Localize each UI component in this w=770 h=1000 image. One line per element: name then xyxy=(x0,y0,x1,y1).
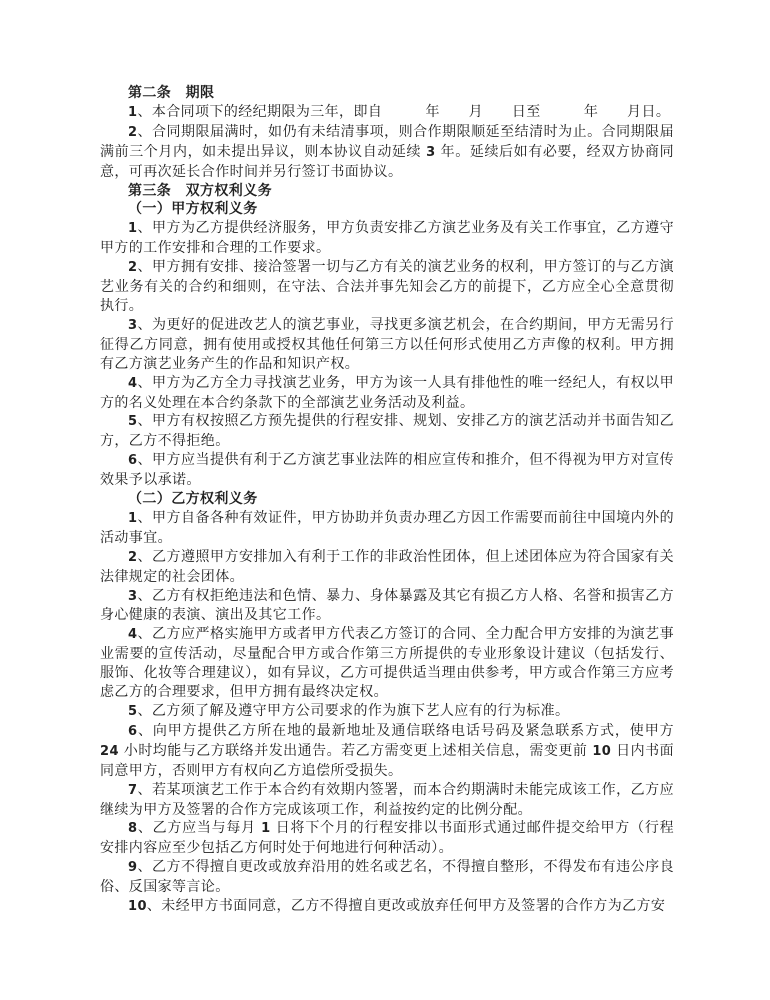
bold-number: 1 xyxy=(128,105,137,120)
bold-number: 24 xyxy=(100,744,119,759)
bold-number: 4 xyxy=(128,627,137,642)
bold-number: 10 xyxy=(128,899,147,914)
bold-number: 4 xyxy=(128,376,137,391)
paragraph: 8、乙方应当与每月 1 日将下个月的行程安排以书面形式通过邮件提交给甲方（行程安… xyxy=(100,819,674,858)
bold-number: 6 xyxy=(128,453,137,468)
section-heading: （二）乙方权利义务 xyxy=(100,490,674,509)
paragraph: 6、甲方应当提供有利于乙方演艺事业法阵的相应宣传和推介，但不得视为甲方对宣传效果… xyxy=(100,451,674,490)
paragraph: 6、向甲方提供乙方所在地的最新地址及通信联络电话号码及紧急联系方式，使甲方 24… xyxy=(100,722,674,781)
paragraph: 1、本合同项下的经纪期限为三年，即自 年 月 日至 年 月日。 xyxy=(100,103,674,123)
bold-number: 6 xyxy=(128,724,137,739)
bold-number: 2 xyxy=(128,550,137,565)
paragraph: 2、合同期限届满时，如仍有未结清事项，则合作期限顺延至结清时为止。合同期限届满前… xyxy=(100,123,674,182)
bold-number: 8 xyxy=(128,821,137,836)
bold-number: 5 xyxy=(128,414,137,429)
paragraph: 3、乙方有权拒绝违法和色情、暴力、身体暴露及其它有损乙方人格、名誉和损害乙方身心… xyxy=(100,587,674,626)
section-heading: （一）甲方权利义务 xyxy=(100,200,674,219)
bold-number: 2 xyxy=(128,260,137,275)
section-heading: 第二条 期限 xyxy=(100,84,674,103)
page: { "page": { "background_color": "#ffffff… xyxy=(0,0,770,1000)
paragraph: 10、未经甲方书面同意，乙方不得擅自更改或放弃任何甲方及签署的合作方为乙方安 xyxy=(100,897,674,917)
bold-number: 5 xyxy=(128,704,137,719)
bold-number: 3 xyxy=(128,589,137,604)
paragraph: 4、乙方应严格实施甲方或者甲方代表乙方签订的合同、全力配合甲方安排的为演艺事业需… xyxy=(100,625,674,702)
paragraph: 2、乙方遵照甲方安排加入有利于工作的非政治性团体，但上述团体应为符合国家有关法律… xyxy=(100,548,674,587)
contract-document: 第二条 期限1、本合同项下的经纪期限为三年，即自 年 月 日至 年 月日。2、合… xyxy=(100,84,674,917)
bold-number: 1 xyxy=(128,511,137,526)
bold-number: 9 xyxy=(128,860,137,875)
paragraph: 1、甲方为乙方提供经济服务，甲方负责安排乙方演艺业务及有关工作事宜，乙方遵守甲方… xyxy=(100,219,674,258)
paragraph: 4、甲方为乙方全力寻找演艺业务，甲方为该一人具有排他性的唯一经纪人，有权以甲方的… xyxy=(100,374,674,413)
bold-number: 1 xyxy=(261,821,270,836)
section-heading: 第三条 双方权利义务 xyxy=(100,182,674,201)
bold-number: 2 xyxy=(128,125,137,140)
bold-number: 1 xyxy=(128,221,137,236)
bold-number: 3 xyxy=(426,145,435,160)
bold-number: 10 xyxy=(592,744,611,759)
paragraph: 5、乙方须了解及遵守甲方公司要求的作为旗下艺人应有的行为标准。 xyxy=(100,702,674,722)
bold-number: 7 xyxy=(128,783,137,798)
paragraph: 3、为更好的促进改艺人的演艺事业，寻找更多演艺机会，在合约期间，甲方无需另行征得… xyxy=(100,316,674,374)
paragraph: 1、甲方自备各种有效证件，甲方协助并负责办理乙方因工作需要而前往中国境内外的活动… xyxy=(100,509,674,548)
paragraph: 7、若某项演艺工作于本合约有效期内签署，而本合约期满时未能完成该工作，乙方应继续… xyxy=(100,781,674,820)
paragraph: 2、甲方拥有安排、接洽签署一切与乙方有关的演艺业务的权利，甲方签订的与乙方演艺业… xyxy=(100,258,674,316)
paragraph: 5、甲方有权按照乙方预先提供的行程安排、规划、安排乙方的演艺活动并书面告知乙方，… xyxy=(100,412,674,451)
paragraph: 9、乙方不得擅自更改或放弃沿用的姓名或艺名，不得擅自整形，不得发布有违公序良俗、… xyxy=(100,858,674,897)
bold-number: 3 xyxy=(128,318,137,333)
